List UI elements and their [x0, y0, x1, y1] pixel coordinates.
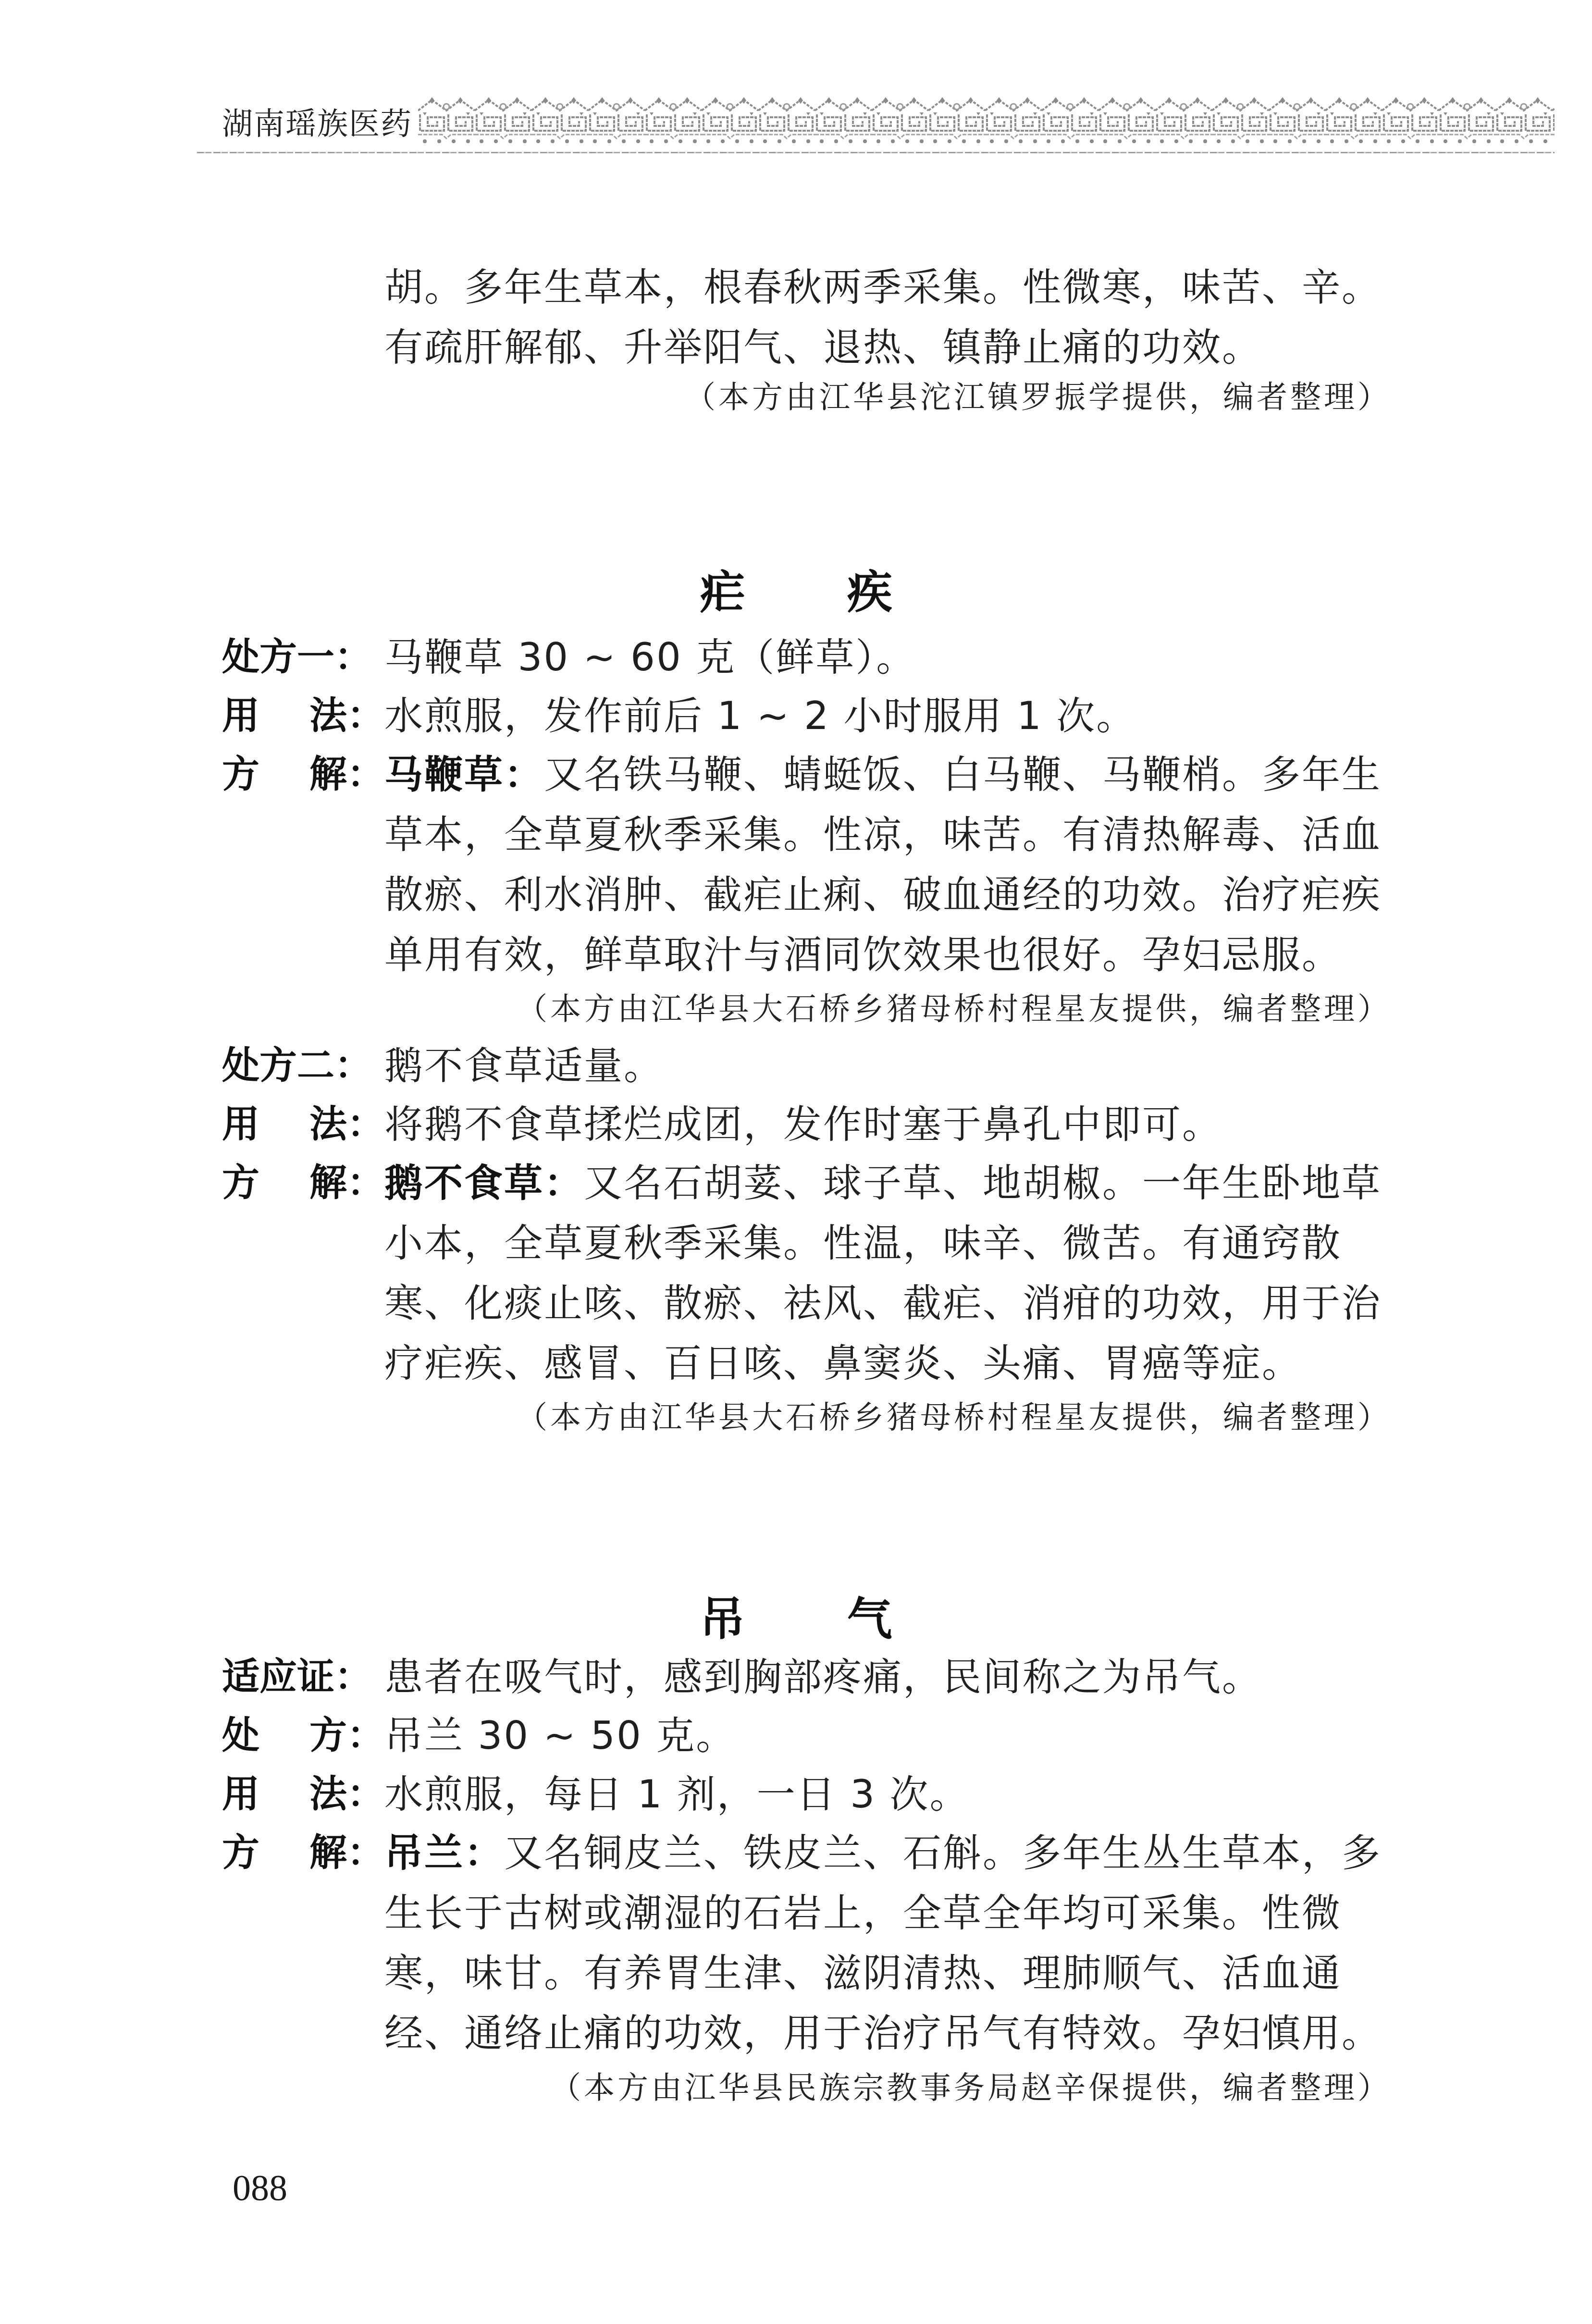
explanation-label-a: 方: [222, 1162, 259, 1205]
page-number: 088: [233, 2166, 287, 2210]
indication-text: 患者在吸气时，感到胸部疼痛，民间称之为吊气。: [384, 1653, 1262, 1701]
body-line: 胡。多年生草本，根春秋两季采集。性微寒，味苦、辛。: [384, 263, 1382, 311]
usage-label-b: 法：: [309, 1773, 384, 1816]
prescription-text: 鹅不食草适量。: [384, 1042, 664, 1090]
body-line: 生长于古树或潮湿的石岩上，全草全年均可采集。性微: [384, 1889, 1342, 1937]
attribution: （本方由江华县沱江镇罗振学提供，编者整理）: [685, 376, 1391, 419]
section-title: 疟 疾: [0, 566, 1592, 619]
prescription-text: 吊兰 30 ~ 50 克。: [384, 1712, 736, 1760]
book-title: 湖南瑶族医药: [222, 105, 412, 143]
header-rule: [197, 152, 1555, 153]
attribution: （本方由江华县民族宗教事务局赵辛保提供，编者整理）: [550, 2066, 1391, 2110]
explanation-first-line: 鹅不食草：又名石胡荽、球子草、地胡椒。一年生卧地草: [384, 1159, 1382, 1207]
herb-name: 吊兰：: [384, 1830, 504, 1875]
body-line: 寒，味甘。有养胃生津、滋阴清热、理肺顺气、活血通: [384, 1949, 1342, 1997]
explanation-label: 方解：: [222, 1829, 385, 1877]
body-line: 经、通络止痛的功效，用于治疗吊气有特效。孕妇慎用。: [384, 2009, 1382, 2057]
explanation-label-b: 解：: [309, 753, 384, 796]
explanation-text: 又名铁马鞭、蜻蜓饭、白马鞭、马鞭梢。多年生: [544, 752, 1382, 797]
explanation-text: 又名石胡荽、球子草、地胡椒。一年生卧地草: [584, 1161, 1382, 1205]
usage-text: 水煎服，每日 1 剂，一日 3 次。: [384, 1770, 970, 1818]
explanation-first-line: 吊兰：又名铜皮兰、铁皮兰、石斛。多年生丛生草本，多: [384, 1829, 1382, 1877]
prescription-text: 马鞭草 30 ~ 60 克（鲜草）。: [384, 633, 916, 681]
explanation-label: 方解：: [222, 1159, 385, 1207]
usage-label-b: 法：: [309, 1103, 384, 1146]
explanation-label-a: 方: [222, 1831, 259, 1875]
explanation-label-a: 方: [222, 753, 259, 796]
explanation-first-line: 马鞭草：又名铁马鞭、蜻蜓饭、白马鞭、马鞭梢。多年生: [384, 751, 1382, 799]
prescription-label-b: 方：: [309, 1714, 384, 1757]
section-title: 吊 气: [0, 1593, 1592, 1646]
usage-label-a: 用: [222, 1103, 259, 1146]
body-line: 单用有效，鲜草取汁与酒同饮效果也很好。孕妇忌服。: [384, 931, 1342, 979]
usage-label: 用法：: [222, 1770, 385, 1818]
prescription-label: 处方：: [222, 1712, 385, 1760]
usage-text: 水煎服，发作前后 1 ~ 2 小时服用 1 次。: [384, 692, 1136, 740]
yao-pattern-border-icon: [418, 96, 1555, 144]
herb-name: 马鞭草：: [384, 752, 544, 797]
usage-label: 用法：: [222, 1100, 385, 1149]
usage-text: 将鹅不食草揉烂成团，发作时塞于鼻孔中即可。: [384, 1100, 1222, 1149]
prescription-label: 处方一：: [222, 633, 385, 681]
body-line: 小本，全草夏秋季采集。性温，味辛、微苦。有通窍散: [384, 1219, 1342, 1267]
explanation-label: 方解：: [222, 751, 385, 799]
herb-name: 鹅不食草：: [384, 1161, 584, 1205]
usage-label-a: 用: [222, 694, 259, 738]
explanation-text: 又名铜皮兰、铁皮兰、石斛。多年生丛生草本，多: [504, 1830, 1382, 1875]
usage-label-b: 法：: [309, 694, 384, 738]
body-line: 寒、化痰止咳、散瘀、祛风、截疟、消疳的功效，用于治: [384, 1279, 1382, 1327]
attribution: （本方由江华县大石桥乡猪母桥村程星友提供，编者整理）: [517, 1396, 1391, 1439]
usage-label: 用法：: [222, 692, 385, 740]
body-line: 散瘀、利水消肿、截疟止痢、破血通经的功效。治疗疟疾: [384, 871, 1382, 919]
indication-label: 适应证：: [222, 1653, 385, 1701]
body-line: 草本，全草夏秋季采集。性凉，味苦。有清热解毒、活血: [384, 811, 1382, 859]
usage-label-a: 用: [222, 1773, 259, 1816]
body-line: 有疏肝解郁、升举阳气、退热、镇静止痛的功效。: [384, 323, 1262, 371]
explanation-label-b: 解：: [309, 1162, 384, 1205]
explanation-label-b: 解：: [309, 1831, 384, 1875]
prescription-label: 处方二：: [222, 1042, 385, 1090]
prescription-label-a: 处: [222, 1714, 259, 1757]
body-line: 疗疟疾、感冒、百日咳、鼻窦炎、头痛、胃癌等症。: [384, 1339, 1302, 1387]
attribution: （本方由江华县大石桥乡猪母桥村程星友提供，编者整理）: [517, 988, 1391, 1031]
